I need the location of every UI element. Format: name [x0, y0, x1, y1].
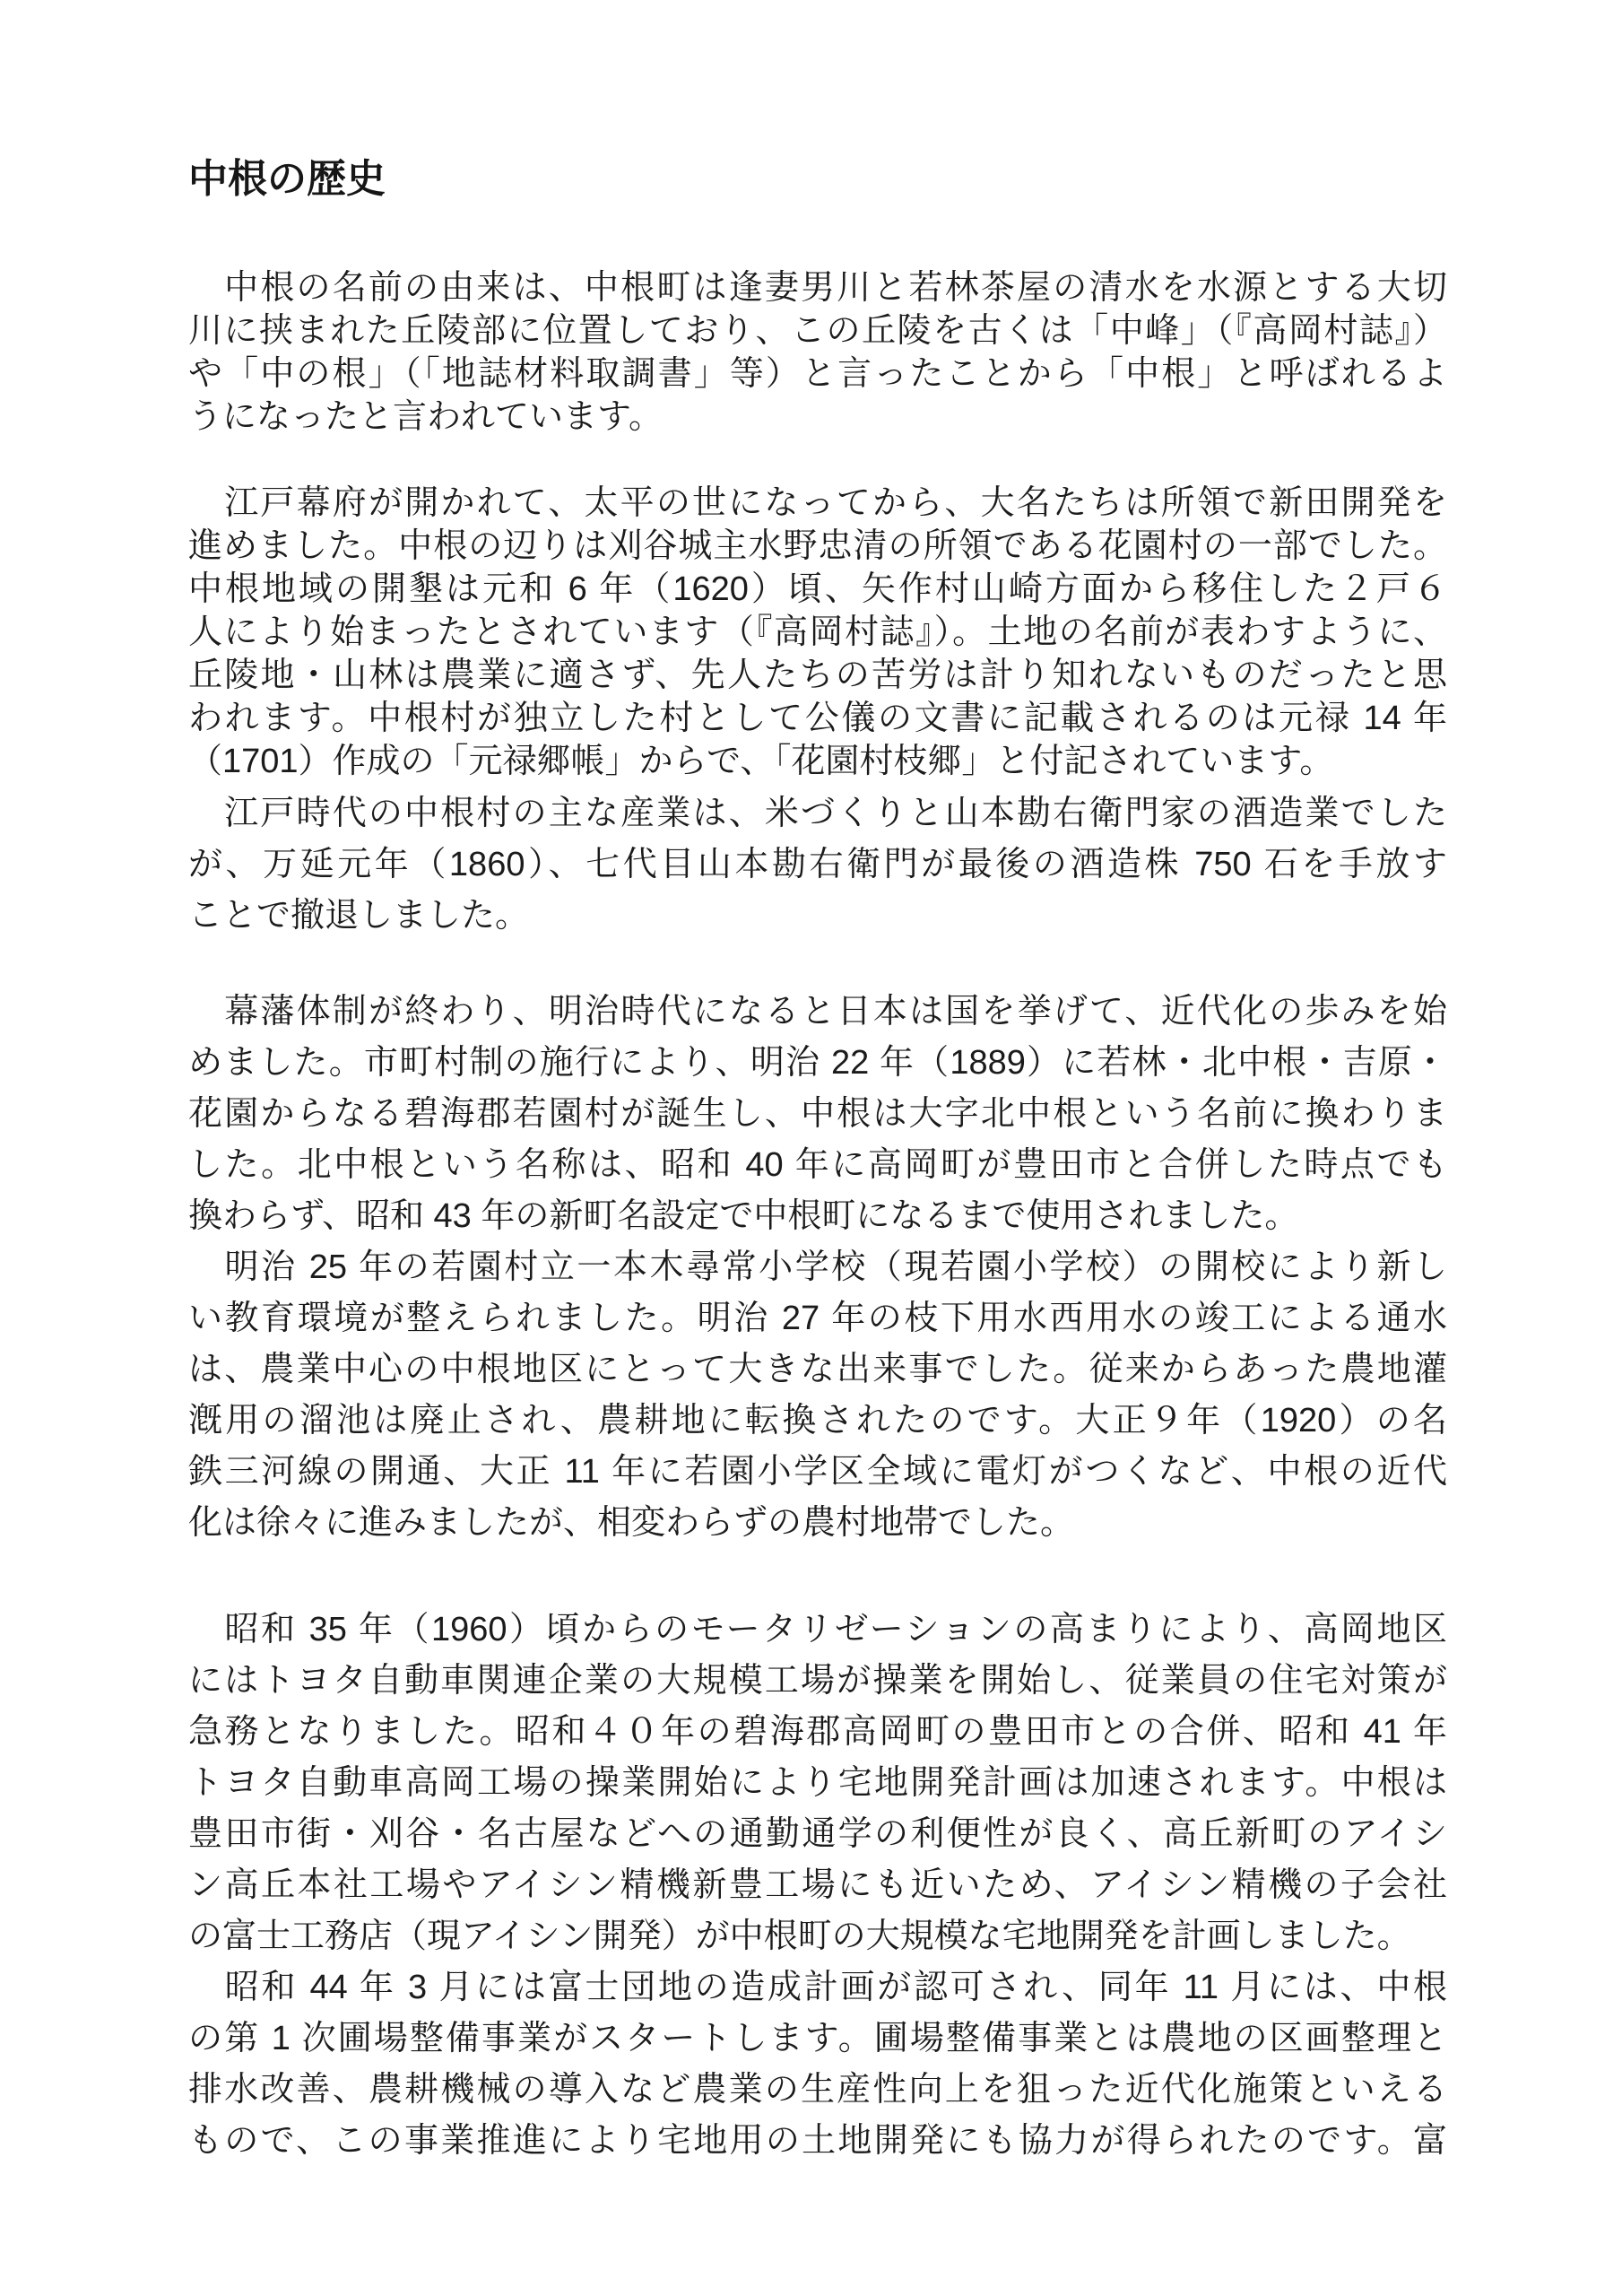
paragraph: 幕藩体制が終わり、明治時代になると日本は国を挙げて、近代化の歩みを始 めました。…: [188, 987, 1447, 1242]
text-line: 中根の名前の由来は、中根町は逢妻男川と若林茶屋の清水を水源とする大切: [188, 266, 1447, 309]
text-line: 川に挟まれた丘陵部に位置しており、この丘陵を古くは「中峰」（『高岡村誌』）: [188, 309, 1447, 352]
text-line: い教育環境が整えられました。明治 27 年の枝下用水西用水の竣工による通水: [188, 1293, 1447, 1344]
text-line: （1701）作成の「元禄郷帳」からで、「花園村枝郷」と付記されています。: [188, 740, 1447, 783]
text-line: 進めました。中根の辺りは刈谷城主水野忠清の所領である花園村の一部でした。: [188, 525, 1447, 568]
paragraph: 中根の名前の由来は、中根町は逢妻男川と若林茶屋の清水を水源とする大切 川に挟まれ…: [188, 266, 1447, 439]
text-line: が、万延元年（1860）、七代目山本勘右衛門が最後の酒造株 750 石を手放す: [188, 839, 1447, 891]
text-line: 漑用の溜池は廃止され、農耕地に転換されたのです。大正９年（1920）の名: [188, 1396, 1447, 1447]
paragraph: 江戸幕府が開かれて、太平の世になってから、大名たちは所領で新田開発を 進めました…: [188, 482, 1447, 783]
text-line: や「中の根」（「地誌材料取調書」等）と言ったことから「中根」と呼ばれるよ: [188, 352, 1447, 396]
text-line: 人により始まったとされています（『高岡村誌』）。土地の名前が表わすように、: [188, 611, 1447, 654]
document-page: 中根の歴史 中根の名前の由来は、中根町は逢妻男川と若林茶屋の清水を水源とする大切…: [0, 0, 1622, 2296]
paragraph: 昭和 35 年（1960）頃からのモータリゼーションの高まりにより、高岡地区 に…: [188, 1605, 1447, 1962]
paragraph: 江戸時代の中根村の主な産業は、米づくりと山本勘右衛門家の酒造業でした が、万延元…: [188, 788, 1447, 942]
text-line: 明治 25 年の若園村立一本木尋常小学校（現若園小学校）の開校により新し: [188, 1242, 1447, 1293]
text-line: 江戸時代の中根村の主な産業は、米づくりと山本勘右衛門家の酒造業でした: [188, 788, 1447, 839]
text-line: 鉄三河線の開通、大正 11 年に若園小学区全域に電灯がつくなど、中根の近代: [188, 1447, 1447, 1498]
text-line: 昭和 35 年（1960）頃からのモータリゼーションの高まりにより、高岡地区: [188, 1605, 1447, 1656]
text-line: われます。中根村が独立した村として公儀の文書に記載されるのは元禄 14 年: [188, 697, 1447, 740]
paragraph: 明治 25 年の若園村立一本木尋常小学校（現若園小学校）の開校により新し い教育…: [188, 1242, 1447, 1549]
text-line: 幕藩体制が終わり、明治時代になると日本は国を挙げて、近代化の歩みを始: [188, 987, 1447, 1038]
text-line: もので、この事業推進により宅地用の土地開発にも協力が得られたのです。富: [188, 2116, 1447, 2167]
text-line: 昭和 44 年 3 月には富士団地の造成計画が認可され、同年 11 月には、中根: [188, 1962, 1447, 2013]
text-line: した。北中根という名称は、昭和 40 年に高岡町が豊田市と合併した時点でも: [188, 1140, 1447, 1191]
text-line: 換わらず、昭和 43 年の新町名設定で中根町になるまで使用されました。: [188, 1191, 1447, 1242]
text-line: にはトヨタ自動車関連企業の大規模工場が操業を開始し、従業員の住宅対策が: [188, 1656, 1447, 1707]
text-line: の第 1 次圃場整備事業がスタートします。圃場整備事業とは農地の区画整理と: [188, 2013, 1447, 2065]
text-line: 花園からなる碧海郡若園村が誕生し、中根は大字北中根という名前に換わりま: [188, 1089, 1447, 1140]
text-line: うになったと言われています。: [188, 396, 1447, 439]
text-line: 中根地域の開墾は元和 6 年（1620）頃、矢作村山崎方面から移住した２戸６: [188, 568, 1447, 611]
text-line: は、農業中心の中根地区にとって大きな出来事でした。従来からあった農地灌: [188, 1344, 1447, 1396]
paragraph: 昭和 44 年 3 月には富士団地の造成計画が認可され、同年 11 月には、中根…: [188, 1962, 1447, 2167]
page-title: 中根の歴史: [188, 155, 1447, 204]
text-line: 豊田市街・刈谷・名古屋などへの通勤通学の利便性が良く、高丘新町のアイシ: [188, 1809, 1447, 1860]
text-line: 丘陵地・山林は農業に適さず、先人たちの苦労は計り知れないものだったと思: [188, 654, 1447, 697]
text-line: ことで撤退しました。: [188, 891, 1447, 942]
text-line: 化は徐々に進みましたが、相変わらずの農村地帯でした。: [188, 1498, 1447, 1549]
text-line: の富士工務店（現アイシン開発）が中根町の大規模な宅地開発を計画しました。: [188, 1911, 1447, 1962]
text-line: 排水改善、農耕機械の導入など農業の生産性向上を狙った近代化施策といえる: [188, 2065, 1447, 2116]
text-line: 急務となりました。昭和４０年の碧海郡高岡町の豊田市との合併、昭和 41 年: [188, 1707, 1447, 1758]
text-line: めました。市町村制の施行により、明治 22 年（1889）に若林・北中根・吉原・: [188, 1038, 1447, 1089]
text-line: 江戸幕府が開かれて、太平の世になってから、大名たちは所領で新田開発を: [188, 482, 1447, 525]
text-line: ン高丘本社工場やアイシン精機新豊工場にも近いため、アイシン精機の子会社: [188, 1860, 1447, 1911]
text-line: トヨタ自動車高岡工場の操業開始により宅地開発計画は加速されます。中根は: [188, 1758, 1447, 1809]
